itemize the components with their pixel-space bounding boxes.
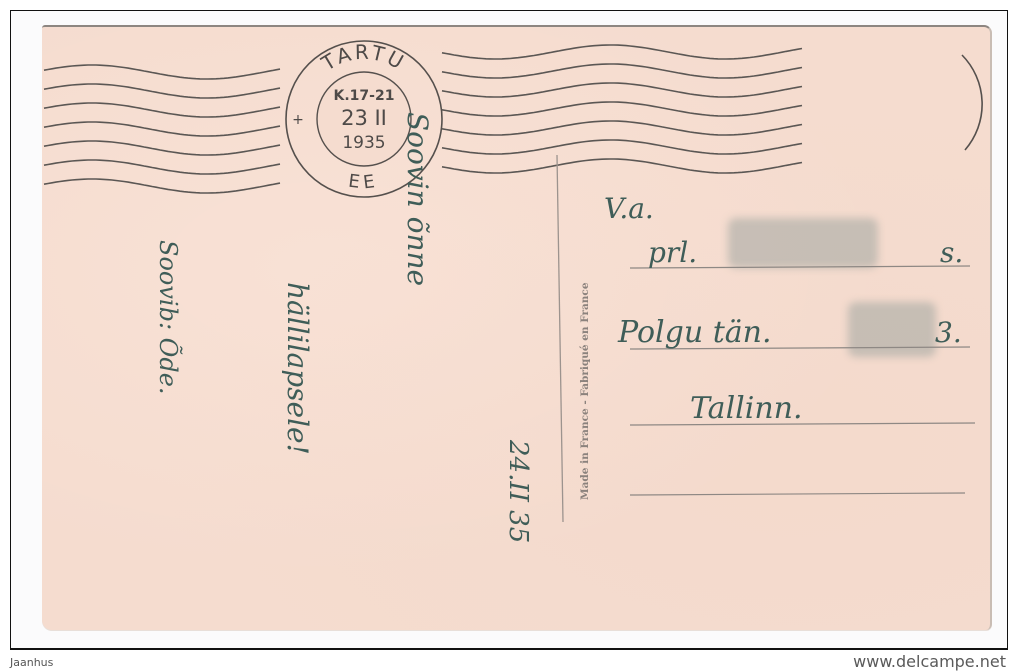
postmark-city: TARTU — [317, 40, 411, 76]
message-date: 24.II 35 — [503, 439, 533, 543]
imprint-text: Made in France - Fabriqué en France — [579, 282, 591, 500]
svg-text:+: + — [292, 112, 304, 128]
address-line-3-suffix: 3. — [935, 316, 962, 349]
seller-name: Jaanhus — [10, 656, 53, 669]
message-line-1: Soovin õnne — [401, 112, 434, 286]
address-line-2-prefix: prl. — [648, 236, 697, 269]
postmark-date: 23 II — [341, 106, 387, 130]
divider-line — [557, 155, 563, 522]
postmark-year: 1935 — [342, 133, 385, 153]
postmark-country: EE — [347, 171, 381, 194]
site-watermark: www.delcampe.net — [853, 652, 1006, 671]
message-signature: Soovib: Õde. — [154, 240, 184, 395]
postmark-partial — [962, 55, 982, 150]
postcard-markings: TARTU EE K.17-21 23 II 1935 + Made in Fr… — [0, 0, 1020, 672]
address-line-4: Tallinn. — [690, 391, 803, 426]
svg-text:EE: EE — [347, 171, 381, 194]
postmark-time: K.17-21 — [334, 88, 395, 104]
address-line-1: V.a. — [604, 192, 654, 225]
message-line-2: hällilapsele! — [281, 282, 314, 455]
address-line-3-prefix: Polgu tän. — [617, 315, 772, 350]
svg-text:TARTU: TARTU — [317, 40, 411, 76]
address-line-2-suffix: s. — [940, 236, 963, 269]
address-lines — [630, 266, 975, 495]
